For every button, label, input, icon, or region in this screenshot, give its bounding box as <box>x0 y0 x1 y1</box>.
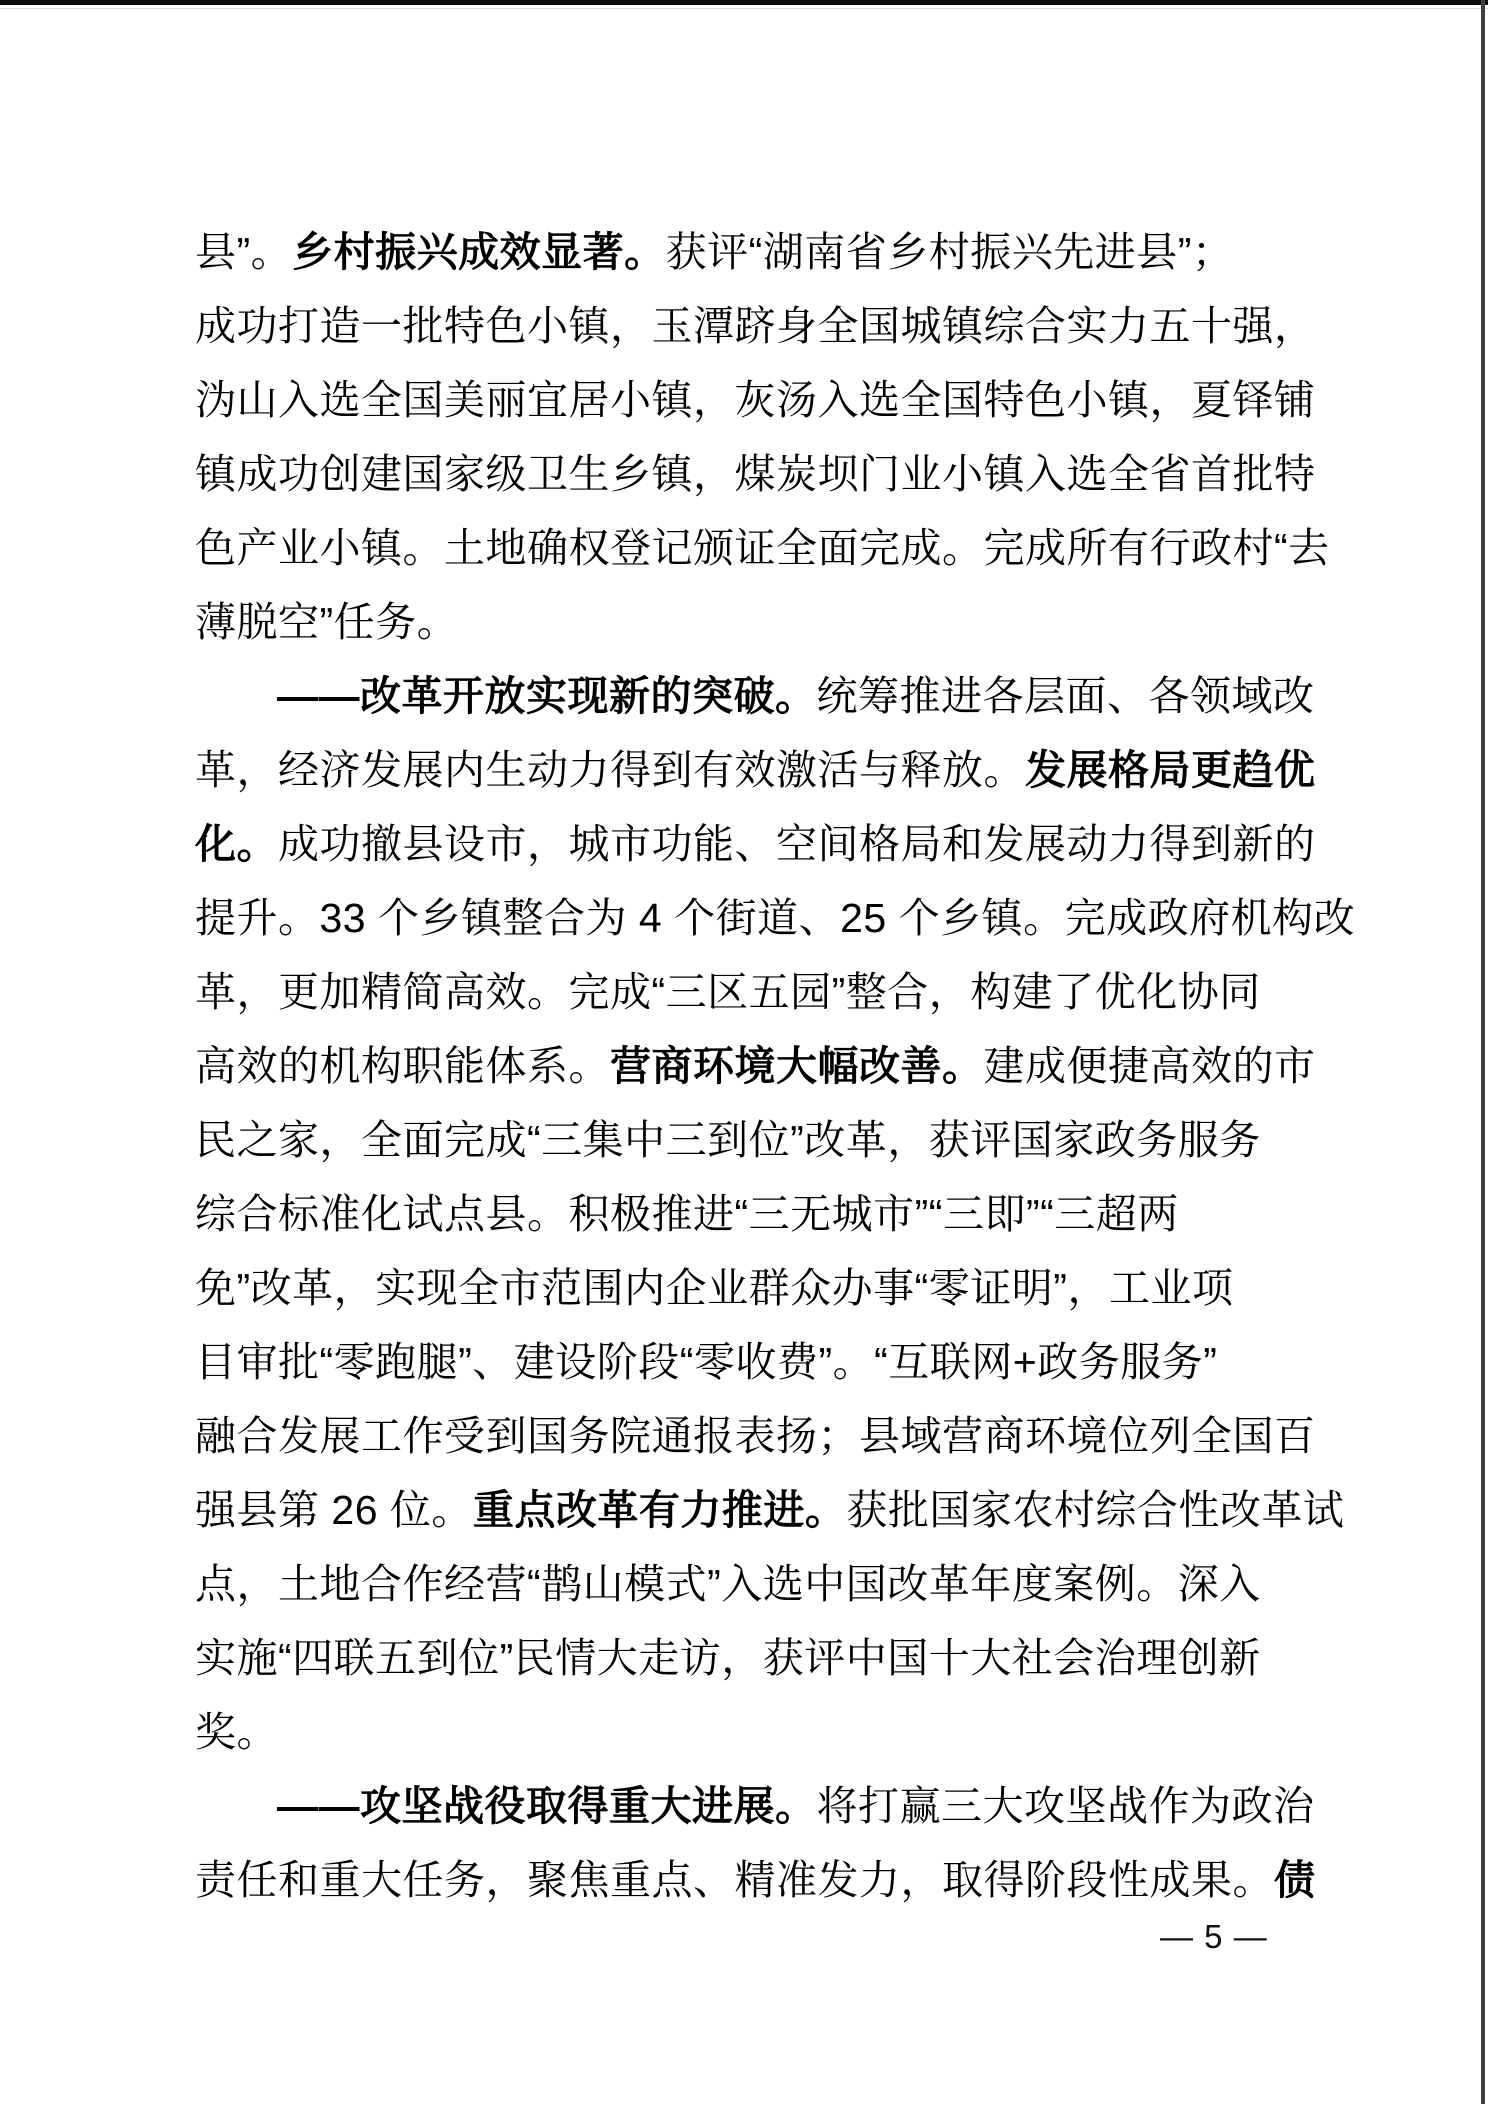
scan-right-edge <box>1481 0 1485 2104</box>
text-line: 提升。33 个乡镇整合为 4 个街道、25 个乡镇。完成政府机构改 <box>195 881 1375 955</box>
text-segment: 沩山入选全国美丽宜居小镇，灰汤入选全国特色小镇，夏铎铺 <box>195 377 1316 423</box>
text-line: 民之家，全面完成“三集中三到位”改革，获评国家政务服务 <box>195 1103 1375 1177</box>
text-segment: 成功撤县设市，城市功能、空间格局和发展动力得到新的 <box>278 821 1316 867</box>
text-line: ——攻坚战役取得重大进展。将打赢三大攻坚战作为政治 <box>195 1769 1375 1843</box>
text-line: 色产业小镇。土地确权登记颁证全面完成。完成所有行政村“去 <box>195 511 1375 585</box>
text-line: 综合标准化试点县。积极推进“三无城市”“三即”“三超两 <box>195 1177 1375 1251</box>
text-line: ——改革开放实现新的突破。统筹推进各层面、各领域改 <box>195 659 1375 733</box>
text-segment: 获批国家农村综合性改革试 <box>846 1487 1344 1533</box>
scan-top-hairline <box>0 8 1488 9</box>
text-segment: 免”改革，实现全市范围内企业群众办事“零证明”，工业项 <box>195 1265 1233 1311</box>
text-segment: 综合标准化试点县。积极推进“三无城市”“三即”“三超两 <box>195 1191 1179 1237</box>
text-segment: ——改革开放实现新的突破。 <box>277 673 817 719</box>
text-segment: 统筹推进各层面、各领域改 <box>817 673 1315 719</box>
page-number: — 5 — <box>1160 1915 1268 1959</box>
text-line: 目审批“零跑腿”、建设阶段“零收费”。“互联网+政务服务” <box>195 1325 1375 1399</box>
text-segment: 薄脱空”任务。 <box>195 599 458 645</box>
text-line: 实施“四联五到位”民情大走访，获评中国十大社会治理创新 <box>195 1621 1375 1695</box>
text-segment: 化。 <box>195 821 278 867</box>
text-segment: 营商环境大幅改善。 <box>610 1043 984 1089</box>
text-line: 革，更加精简高效。完成“三区五园”整合，构建了优化协同 <box>195 955 1375 1029</box>
text-segment: 乡村振兴成效显著。 <box>292 229 666 275</box>
text-segment: 高效的机构职能体系。 <box>195 1043 610 1089</box>
text-line: 成功打造一批特色小镇，玉潭跻身全国城镇综合实力五十强， <box>195 289 1375 363</box>
text-segment: ——攻坚战役取得重大进展。 <box>277 1783 817 1829</box>
text-line: 化。成功撤县设市，城市功能、空间格局和发展动力得到新的 <box>195 807 1375 881</box>
text-line: 点，土地合作经营“鹊山模式”入选中国改革年度案例。深入 <box>195 1547 1375 1621</box>
text-line: 镇成功创建国家级卫生乡镇，煤炭坝门业小镇入选全省首批特 <box>195 437 1375 511</box>
text-segment: 奖。 <box>195 1709 278 1755</box>
text-segment: 目审批“零跑腿”、建设阶段“零收费”。“互联网+政务服务” <box>195 1339 1217 1385</box>
text-line: 薄脱空”任务。 <box>195 585 1375 659</box>
text-segment: 提升。33 个乡镇整合为 4 个街道、25 个乡镇。完成政府机构改 <box>195 895 1355 941</box>
text-line: 融合发展工作受到国务院通报表扬；县域营商环境位列全国百 <box>195 1399 1375 1473</box>
text-segment: 色产业小镇。土地确权登记颁证全面完成。完成所有行政村“去 <box>195 525 1330 571</box>
text-line: 革，经济发展内生动力得到有效激活与释放。发展格局更趋优 <box>195 733 1375 807</box>
text-segment: 点，土地合作经营“鹊山模式”入选中国改革年度案例。深入 <box>195 1561 1261 1607</box>
text-line: 高效的机构职能体系。营商环境大幅改善。建成便捷高效的市 <box>195 1029 1375 1103</box>
body-text: 县”。乡村振兴成效显著。获评“湖南省乡村振兴先进县”；成功打造一批特色小镇，玉潭… <box>195 215 1375 1917</box>
text-line: 强县第 26 位。重点改革有力推进。获批国家农村综合性改革试 <box>195 1473 1375 1547</box>
text-segment: 县”。 <box>195 229 292 275</box>
text-segment: 融合发展工作受到国务院通报表扬；县域营商环境位列全国百 <box>195 1413 1316 1459</box>
text-segment: 债 <box>1274 1857 1316 1903</box>
text-segment: 成功打造一批特色小镇，玉潭跻身全国城镇综合实力五十强， <box>195 303 1316 349</box>
text-line: 沩山入选全国美丽宜居小镇，灰汤入选全国特色小镇，夏铎铺 <box>195 363 1375 437</box>
text-segment: 将打赢三大攻坚战作为政治 <box>817 1783 1315 1829</box>
text-line: 责任和重大任务，聚焦重点、精准发力，取得阶段性成果。债 <box>195 1843 1375 1917</box>
text-segment: 责任和重大任务，聚焦重点、精准发力，取得阶段性成果。 <box>195 1857 1274 1903</box>
text-segment: 实施“四联五到位”民情大走访，获评中国十大社会治理创新 <box>195 1635 1261 1681</box>
text-segment: 民之家，全面完成“三集中三到位”改革，获评国家政务服务 <box>195 1117 1261 1163</box>
text-segment: 发展格局更趋优 <box>1025 747 1316 793</box>
text-segment: 革，经济发展内生动力得到有效激活与释放。 <box>195 747 1025 793</box>
text-line: 奖。 <box>195 1695 1375 1769</box>
text-segment: 镇成功创建国家级卫生乡镇，煤炭坝门业小镇入选全省首批特 <box>195 451 1316 497</box>
text-segment: 重点改革有力推进。 <box>473 1487 847 1533</box>
text-segment: 革，更加精简高效。完成“三区五园”整合，构建了优化协同 <box>195 969 1261 1015</box>
document-page: 县”。乡村振兴成效显著。获评“湖南省乡村振兴先进县”；成功打造一批特色小镇，玉潭… <box>0 0 1488 2104</box>
text-line: 县”。乡村振兴成效显著。获评“湖南省乡村振兴先进县”； <box>195 215 1375 289</box>
text-segment: 强县第 26 位。 <box>195 1487 473 1533</box>
text-segment: 获评“湖南省乡村振兴先进县”； <box>666 229 1234 275</box>
text-line: 免”改革，实现全市范围内企业群众办事“零证明”，工业项 <box>195 1251 1375 1325</box>
text-segment: 建成便捷高效的市 <box>984 1043 1316 1089</box>
scan-top-edge <box>0 0 1488 5</box>
